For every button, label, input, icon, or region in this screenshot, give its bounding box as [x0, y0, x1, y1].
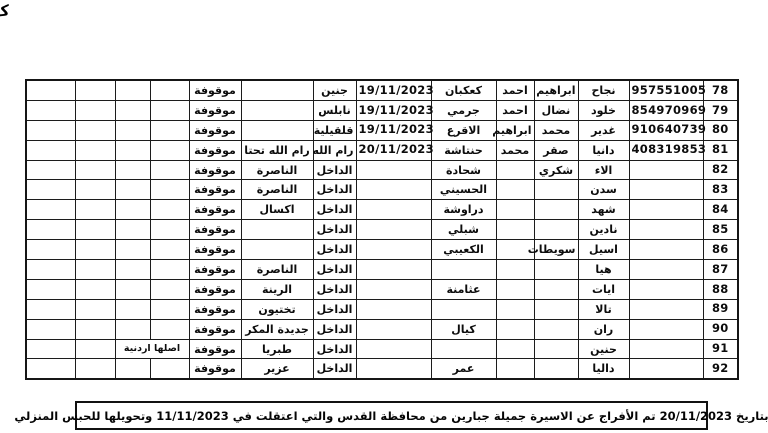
cell-family-name: كعكبان: [431, 80, 496, 100]
cell-family-name: الاقرع: [431, 120, 496, 140]
cell-family-name: [431, 299, 496, 319]
cell-family-name: كيال: [431, 319, 496, 339]
cell-grandfather-name: [496, 200, 534, 220]
cell-id-number: [629, 260, 703, 280]
cell-governorate: قلقيلية: [313, 120, 356, 140]
table-row: 78 957551005 نجاح ابراهيم احمد كعكبان 19…: [26, 80, 738, 100]
cell-row-number: 81: [703, 140, 738, 160]
cell-empty: [115, 359, 150, 379]
table-row: 85 نادين شبلي الداخل موقوفة: [26, 220, 738, 240]
cell-father-name: [534, 339, 578, 359]
cell-family-name: الحسيني: [431, 180, 496, 200]
cell-arrest-date: [356, 359, 431, 379]
cell-status: موقوفة: [189, 180, 241, 200]
cell-empty: [26, 160, 75, 180]
cell-arrest-date: 19/11/2023: [356, 80, 431, 100]
cell-id-number: [629, 339, 703, 359]
cell-town: [241, 240, 313, 260]
cell-id-number: 408319853: [629, 140, 703, 160]
cell-empty: [115, 319, 150, 339]
cell-first-name: ران: [578, 319, 629, 339]
cell-arrest-date: [356, 319, 431, 339]
cell-father-name: سويطات: [534, 240, 578, 260]
cell-governorate: الداخل: [313, 279, 356, 299]
cell-town: اكسال: [241, 200, 313, 220]
cell-father-name: ابراهيم: [534, 80, 578, 100]
cell-status: موقوفة: [189, 100, 241, 120]
cell-empty: [26, 180, 75, 200]
cell-status: موقوفة: [189, 120, 241, 140]
cell-row-number: 79: [703, 100, 738, 120]
cell-note: [150, 180, 189, 200]
cell-empty: [26, 359, 75, 379]
cell-empty: [26, 319, 75, 339]
cell-empty: [75, 240, 115, 260]
cell-arrest-date: [356, 279, 431, 299]
cell-id-number: 957551005: [629, 80, 703, 100]
cell-row-number: 84: [703, 200, 738, 220]
cell-empty: [75, 339, 115, 359]
table-row: 86 اسيل سويطات الكعيبي الداخل موقوفة: [26, 240, 738, 260]
cell-governorate: الداخل: [313, 359, 356, 379]
cell-governorate: الداخل: [313, 299, 356, 319]
cell-id-number: [629, 160, 703, 180]
cell-empty: [115, 160, 150, 180]
cell-note: اصلها اردنية: [115, 339, 189, 359]
cell-grandfather-name: [496, 339, 534, 359]
release-note-box: بتاريخ 20/11/2023 تم الأفراج عن الاسيرة …: [75, 401, 708, 430]
cell-family-name: [431, 339, 496, 359]
cell-town: [241, 120, 313, 140]
cell-id-number: [629, 319, 703, 339]
table-row: 81 408319853 دانيا صقر محمد حنتاشة 20/11…: [26, 140, 738, 160]
cell-family-name: جرمي: [431, 100, 496, 120]
cell-family-name: دراوشة: [431, 200, 496, 220]
cell-empty: [26, 299, 75, 319]
cell-status: موقوفة: [189, 240, 241, 260]
cell-status: موقوفة: [189, 359, 241, 379]
cell-id-number: [629, 279, 703, 299]
table-row: 92 داليا عمر الداخل عزير موقوفة: [26, 359, 738, 379]
cell-father-name: [534, 180, 578, 200]
cell-empty: [26, 220, 75, 240]
cell-first-name: دانيا: [578, 140, 629, 160]
cell-governorate: الداخل: [313, 160, 356, 180]
cell-town: [241, 220, 313, 240]
cell-note: [150, 319, 189, 339]
cell-row-number: 86: [703, 240, 738, 260]
cell-first-name: نجاح: [578, 80, 629, 100]
cell-empty: [115, 220, 150, 240]
cell-family-name: حنتاشة: [431, 140, 496, 160]
cell-empty: [26, 279, 75, 299]
cell-empty: [75, 279, 115, 299]
table-row: 89 تالا الداخل تختيون موقوفة: [26, 299, 738, 319]
cell-note: [150, 240, 189, 260]
cell-first-name: نادين: [578, 220, 629, 240]
cell-arrest-date: [356, 260, 431, 280]
cell-governorate: الداخل: [313, 220, 356, 240]
cell-empty: [75, 160, 115, 180]
cell-grandfather-name: [496, 299, 534, 319]
cell-family-name: شحادة: [431, 160, 496, 180]
cell-grandfather-name: [496, 319, 534, 339]
cell-note: [150, 299, 189, 319]
cell-empty: [75, 299, 115, 319]
cell-note: [150, 359, 189, 379]
cell-row-number: 92: [703, 359, 738, 379]
cell-father-name: شكري: [534, 160, 578, 180]
cell-status: موقوفة: [189, 319, 241, 339]
cell-first-name: خلود: [578, 100, 629, 120]
cell-status: موقوفة: [189, 200, 241, 220]
cell-town: الناصرة: [241, 180, 313, 200]
cell-empty: [115, 100, 150, 120]
cell-empty: [115, 140, 150, 160]
cell-status: موقوفة: [189, 279, 241, 299]
cell-town: الناصرة: [241, 160, 313, 180]
cell-empty: [75, 80, 115, 100]
cell-arrest-date: [356, 160, 431, 180]
cell-father-name: [534, 260, 578, 280]
cell-grandfather-name: ابراهيم: [496, 120, 534, 140]
cell-empty: [75, 220, 115, 240]
cell-note: [150, 80, 189, 100]
cell-empty: [75, 260, 115, 280]
cell-row-number: 91: [703, 339, 738, 359]
cell-note: [150, 260, 189, 280]
cell-first-name: غدير: [578, 120, 629, 140]
cell-arrest-date: [356, 339, 431, 359]
cell-governorate: نابلس: [313, 100, 356, 120]
cell-arrest-date: [356, 299, 431, 319]
cell-governorate: الداخل: [313, 180, 356, 200]
cell-status: موقوفة: [189, 339, 241, 359]
cell-town: الناصرة: [241, 260, 313, 280]
cell-grandfather-name: [496, 279, 534, 299]
cell-arrest-date: [356, 220, 431, 240]
cell-id-number: 910640739: [629, 120, 703, 140]
cell-empty: [115, 299, 150, 319]
prisoners-table-body: 78 957551005 نجاح ابراهيم احمد كعكبان 19…: [26, 80, 738, 379]
table-row: 82 الاء شكري شحادة الداخل الناصرة موقوفة: [26, 160, 738, 180]
cell-note: [150, 160, 189, 180]
cell-empty: [115, 260, 150, 280]
cell-family-name: الكعيبي: [431, 240, 496, 260]
cell-empty: [26, 140, 75, 160]
cell-note: [150, 120, 189, 140]
scan-artifact-mark: كا: [0, 1, 10, 20]
cell-grandfather-name: [496, 260, 534, 280]
cell-status: موقوفة: [189, 160, 241, 180]
cell-first-name: سدن: [578, 180, 629, 200]
cell-first-name: داليا: [578, 359, 629, 379]
cell-town: طبريا: [241, 339, 313, 359]
cell-row-number: 88: [703, 279, 738, 299]
cell-family-name: عثامنة: [431, 279, 496, 299]
cell-arrest-date: 20/11/2023: [356, 140, 431, 160]
cell-governorate: الداخل: [313, 260, 356, 280]
cell-grandfather-name: [496, 180, 534, 200]
cell-first-name: اسيل: [578, 240, 629, 260]
cell-row-number: 82: [703, 160, 738, 180]
cell-governorate: الداخل: [313, 339, 356, 359]
cell-empty: [75, 200, 115, 220]
cell-father-name: [534, 359, 578, 379]
cell-father-name: [534, 299, 578, 319]
cell-father-name: [534, 279, 578, 299]
cell-id-number: 854970969: [629, 100, 703, 120]
table-row: 84 شهد دراوشة الداخل اكسال موقوفة: [26, 200, 738, 220]
cell-grandfather-name: احمد: [496, 80, 534, 100]
cell-id-number: [629, 180, 703, 200]
cell-town: عزير: [241, 359, 313, 379]
cell-empty: [75, 180, 115, 200]
cell-grandfather-name: [496, 220, 534, 240]
cell-grandfather-name: [496, 359, 534, 379]
cell-father-name: نضال: [534, 100, 578, 120]
cell-row-number: 80: [703, 120, 738, 140]
cell-family-name: عمر: [431, 359, 496, 379]
cell-empty: [26, 80, 75, 100]
cell-family-name: شبلي: [431, 220, 496, 240]
cell-father-name: [534, 319, 578, 339]
cell-row-number: 83: [703, 180, 738, 200]
cell-first-name: تالا: [578, 299, 629, 319]
cell-first-name: هيا: [578, 260, 629, 280]
cell-row-number: 85: [703, 220, 738, 240]
cell-town: [241, 100, 313, 120]
cell-arrest-date: 19/11/2023: [356, 120, 431, 140]
cell-empty: [115, 200, 150, 220]
cell-empty: [75, 359, 115, 379]
cell-empty: [115, 279, 150, 299]
cell-governorate: رام الله: [313, 140, 356, 160]
cell-first-name: ايات: [578, 279, 629, 299]
release-note-text: بتاريخ 20/11/2023 تم الأفراج عن الاسيرة …: [14, 409, 768, 423]
cell-note: [150, 279, 189, 299]
table-row: 91 حنين الداخل طبريا موقوفة اصلها اردنية: [26, 339, 738, 359]
cell-status: موقوفة: [189, 299, 241, 319]
cell-governorate: الداخل: [313, 240, 356, 260]
table-row: 79 854970969 خلود نضال احمد جرمي 19/11/2…: [26, 100, 738, 120]
cell-grandfather-name: محمد: [496, 140, 534, 160]
cell-status: موقوفة: [189, 220, 241, 240]
cell-arrest-date: 19/11/2023: [356, 100, 431, 120]
cell-father-name: صقر: [534, 140, 578, 160]
cell-arrest-date: [356, 240, 431, 260]
cell-note: [150, 220, 189, 240]
cell-father-name: [534, 220, 578, 240]
cell-empty: [26, 120, 75, 140]
cell-empty: [26, 260, 75, 280]
cell-note: [150, 200, 189, 220]
cell-town: تختيون: [241, 299, 313, 319]
cell-empty: [26, 240, 75, 260]
cell-grandfather-name: [496, 160, 534, 180]
cell-empty: [115, 240, 150, 260]
cell-empty: [75, 140, 115, 160]
cell-town: [241, 80, 313, 100]
cell-first-name: الاء: [578, 160, 629, 180]
cell-first-name: شهد: [578, 200, 629, 220]
cell-governorate: الداخل: [313, 200, 356, 220]
prisoners-table: 78 957551005 نجاح ابراهيم احمد كعكبان 19…: [25, 79, 739, 380]
cell-empty: [115, 180, 150, 200]
cell-governorate: الداخل: [313, 319, 356, 339]
cell-status: موقوفة: [189, 80, 241, 100]
cell-town: رام الله تحتا: [241, 140, 313, 160]
cell-town: جديدة المكر: [241, 319, 313, 339]
cell-governorate: جنين: [313, 80, 356, 100]
cell-first-name: حنين: [578, 339, 629, 359]
cell-note: [150, 100, 189, 120]
scanned-document-page: { "colors": { "border": "#1c1c1c", "text…: [0, 0, 768, 433]
cell-empty: [115, 80, 150, 100]
cell-empty: [26, 100, 75, 120]
cell-arrest-date: [356, 200, 431, 220]
table-row: 88 ايات عثامنة الداخل الرينة موقوفة: [26, 279, 738, 299]
cell-id-number: [629, 359, 703, 379]
cell-father-name: [534, 200, 578, 220]
cell-father-name: محمد: [534, 120, 578, 140]
table-row: 83 سدن الحسيني الداخل الناصرة موقوفة: [26, 180, 738, 200]
cell-town: الرينة: [241, 279, 313, 299]
cell-row-number: 87: [703, 260, 738, 280]
cell-id-number: [629, 220, 703, 240]
cell-empty: [26, 339, 75, 359]
cell-status: موقوفة: [189, 140, 241, 160]
table-row: 80 910640739 غدير محمد ابراهيم الاقرع 19…: [26, 120, 738, 140]
cell-id-number: [629, 299, 703, 319]
cell-empty: [26, 200, 75, 220]
cell-note: [150, 140, 189, 160]
cell-empty: [115, 120, 150, 140]
table-row: 87 هيا الداخل الناصرة موقوفة: [26, 260, 738, 280]
cell-grandfather-name: احمد: [496, 100, 534, 120]
cell-id-number: [629, 200, 703, 220]
cell-empty: [75, 319, 115, 339]
cell-family-name: [431, 260, 496, 280]
cell-id-number: [629, 240, 703, 260]
cell-arrest-date: [356, 180, 431, 200]
cell-row-number: 78: [703, 80, 738, 100]
cell-row-number: 90: [703, 319, 738, 339]
cell-empty: [75, 100, 115, 120]
cell-row-number: 89: [703, 299, 738, 319]
cell-empty: [75, 120, 115, 140]
cell-status: موقوفة: [189, 260, 241, 280]
table-row: 90 ران كيال الداخل جديدة المكر موقوفة: [26, 319, 738, 339]
